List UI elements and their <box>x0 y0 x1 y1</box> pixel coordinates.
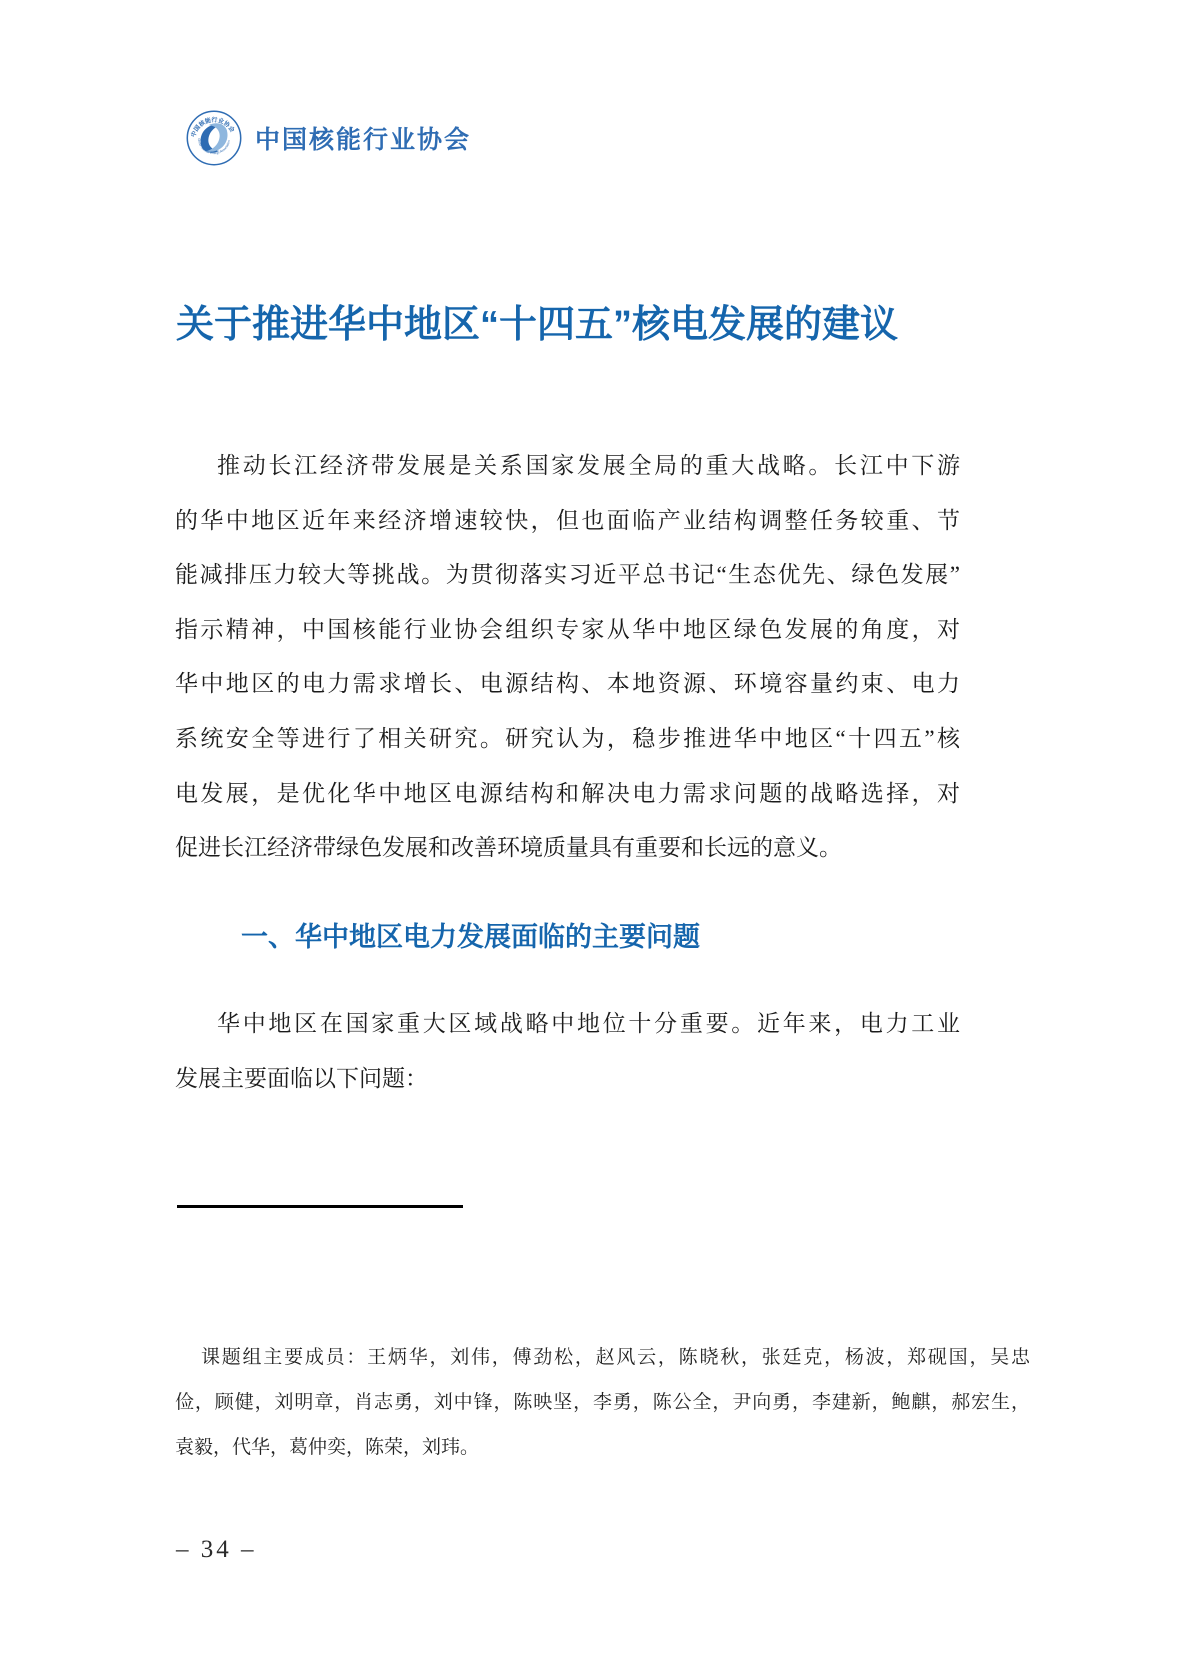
paragraph-line: 华中地区在国家重大区域战略中地位十分重要。近年来，电力工业 <box>175 997 960 1052</box>
section-heading: 一、华中地区电力发展面临的主要问题 <box>175 918 960 956</box>
paragraph-line: 发展主要面临以下问题： <box>175 1052 960 1107</box>
paragraph-line: 指示精神，中国核能行业协会组织专家从华中地区绿色发展的角度，对 <box>175 603 960 658</box>
footnote-line: 俭，顾健，刘明章，肖志勇，刘中锋，陈映坚，李勇，陈公全，尹向勇，李建新，鲍麒，郝… <box>175 1380 1030 1425</box>
paragraph-line: 电发展，是优化华中地区电源结构和解决电力需求问题的战略选择，对 <box>175 767 960 822</box>
paragraph-line: 能减排压力较大等挑战。为贯彻落实习近平总书记“生态优先、绿色发展” <box>175 548 960 603</box>
footnote-line: 课题组主要成员：王炳华，刘伟，傅劲松，赵风云，陈晓秋，张廷克，杨波，郑砚国，吴忠 <box>175 1335 1030 1380</box>
paragraph-line: 系统安全等进行了相关研究。研究认为，稳步推进华中地区“十四五”核 <box>175 712 960 767</box>
document-title: 关于推进华中地区“十四五”核电发展的建议 <box>176 302 898 349</box>
paragraph-2: 华中地区在国家重大区域战略中地位十分重要。近年来，电力工业 发展主要面临以下问题… <box>175 997 960 1106</box>
paragraph-line: 的华中地区近年来经济增速较快，但也面临产业结构调整任务较重、节 <box>175 494 960 549</box>
org-emblem-icon: 中国核能行业协会 China Nuclear Energy Associatio… <box>186 110 242 166</box>
paragraph-line: 华中地区的电力需求增长、电源结构、本地资源、环境容量约束、电力 <box>175 657 960 712</box>
paragraph-line: 促进长江经济带绿色发展和改善环境质量具有重要和长远的意义。 <box>175 821 960 876</box>
org-name-text: 中国核能行业协会 <box>255 120 471 156</box>
footnote-line: 袁毅，代华，葛仲奕，陈荣，刘玮。 <box>175 1425 1030 1470</box>
paragraph-line: 推动长江经济带发展是关系国家发展全局的重大战略。长江中下游 <box>175 439 960 494</box>
org-logo: 中国核能行业协会 China Nuclear Energy Associatio… <box>186 110 471 166</box>
document-page: 中国核能行业协会 China Nuclear Energy Associatio… <box>0 0 1203 1676</box>
paragraph-1: 推动长江经济带发展是关系国家发展全局的重大战略。长江中下游 的华中地区近年来经济… <box>175 439 960 876</box>
footnote: 课题组主要成员：王炳华，刘伟，傅劲松，赵风云，陈晓秋，张廷克，杨波，郑砚国，吴忠… <box>175 1335 1030 1470</box>
page-number: – 34 – <box>176 1536 257 1564</box>
footnote-separator <box>177 1205 463 1208</box>
